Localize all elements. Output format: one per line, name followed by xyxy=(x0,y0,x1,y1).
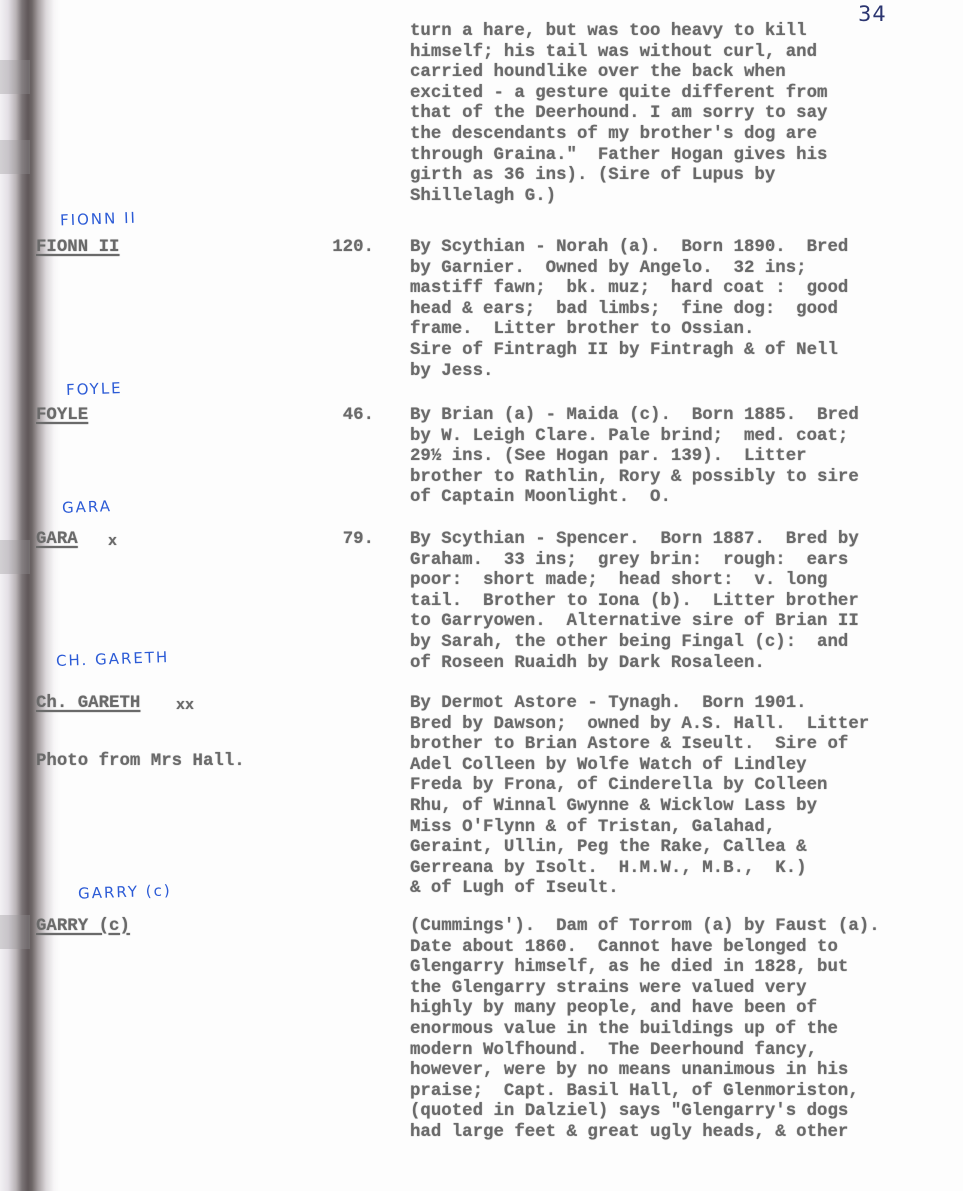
handwritten-label-gareth: CH. GARETH xyxy=(56,648,170,670)
entry-number-foyle: 46. xyxy=(294,406,374,427)
page-number: 34 xyxy=(858,2,887,26)
handwritten-label-fionn: FIONN II xyxy=(60,209,138,230)
continuation-text: turn a hare, but was too heavy to kill h… xyxy=(410,22,827,207)
side-note-photo: Photo from Mrs Hall. xyxy=(36,752,245,773)
entry-text-gara: By Scythian - Spencer. Born 1887. Bred b… xyxy=(410,530,859,674)
entry-text-gareth: By Dermot Astore - Tynagh. Born 1901. Br… xyxy=(410,694,869,900)
handwritten-label-gara: GARA xyxy=(62,497,113,517)
entry-name-garry: GARRY (c) xyxy=(36,917,130,938)
binding-mark xyxy=(0,60,30,94)
entry-name-gareth: Ch. GARETH xyxy=(36,694,140,715)
binding-mark xyxy=(0,540,30,574)
entry-name-fionn: FIONN II xyxy=(36,238,120,259)
entry-text-fionn: By Scythian - Norah (a). Born 1890. Bred… xyxy=(410,238,848,382)
entry-text-foyle: By Brian (a) - Maida (c). Born 1885. Bre… xyxy=(410,406,859,509)
document-page: 34 turn a hare, but was too heavy to kil… xyxy=(0,0,963,1191)
binding-shadow xyxy=(0,0,60,1191)
binding-mark xyxy=(0,915,30,949)
handwritten-label-foyle: FOYLE xyxy=(66,379,123,399)
entry-text-garry: (Cummings'). Dam of Torrom (a) by Faust … xyxy=(410,917,880,1144)
entry-number-fionn: 120. xyxy=(294,238,374,259)
binding-mark xyxy=(0,140,30,174)
entry-name-gara: GARA xyxy=(36,530,78,551)
entry-mark-gareth: xx xyxy=(176,696,194,717)
handwritten-label-garry: GARRY (c) xyxy=(78,881,172,902)
entry-number-gara: 79. xyxy=(294,530,374,551)
entry-name-foyle: FOYLE xyxy=(36,406,88,427)
entry-mark-gara: x xyxy=(108,532,117,553)
